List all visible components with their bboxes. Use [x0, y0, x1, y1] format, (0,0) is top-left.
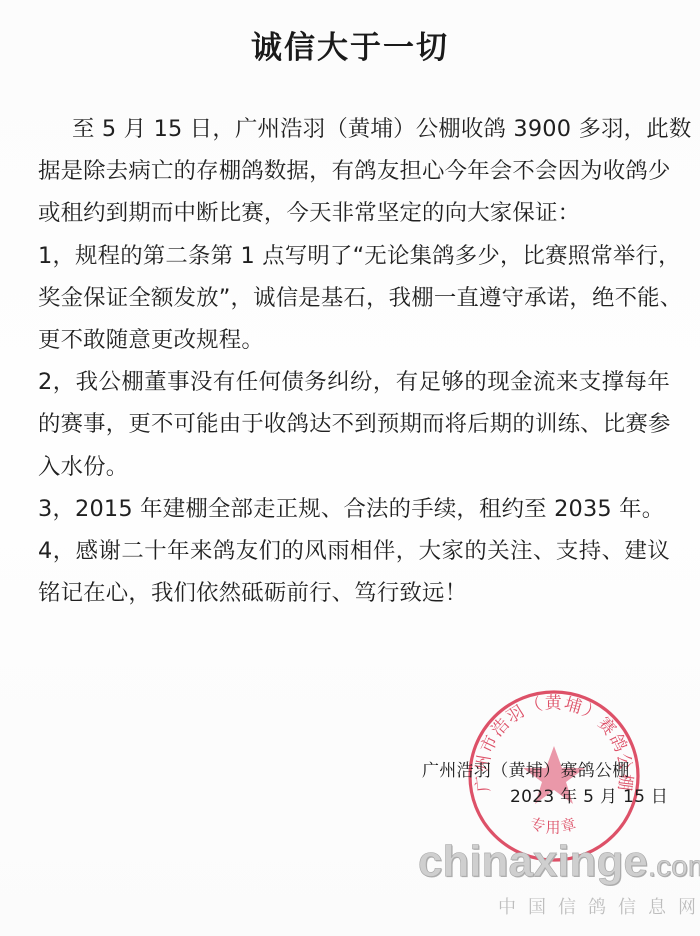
watermark-english-main: chinaxinge [418, 837, 648, 886]
paragraph-point-4-line: 铭记在心，我们依然砥砺前行、笃行致远！ [38, 572, 670, 614]
paragraph-intro-line: 至 5 月 15 日，广州浩羽（黄埔）公棚收鸽 3900 多羽，此数 [38, 108, 670, 150]
paragraph-intro-line: 据是除去病亡的存棚鸽数据，有鸽友担心今年会不会因为收鸽少 [38, 150, 670, 192]
paragraph-point-1-line: 1，规程的第二条第 1 点写明了“无论集鸽多少，比赛照常举行， [38, 235, 670, 277]
site-watermark: chinaxinge.com 中国信鸽信息网 [418, 838, 698, 919]
paragraph-point-2-line: 的赛事，更不可能由于收鸽达不到预期而将后期的训练、比赛参 [38, 403, 670, 445]
paragraph-point-2-line: 2，我公棚董事没有任何债务纠纷，有足够的现金流来支撑每年 [38, 361, 670, 403]
signature-block: 广州浩羽（黄埔）赛鸽公棚 2023 年 5 月 15 日 [422, 758, 652, 810]
watermark-chinese: 中国信鸽信息网 [418, 897, 698, 919]
paragraph-point-4-line: 4，感谢二十年来鸽友们的风雨相伴，大家的关注、支持、建议 [38, 530, 670, 572]
paragraph-point-3-line: 3，2015 年建棚全部走正规、合法的手续，租约至 2035 年。 [38, 488, 670, 530]
paragraph-point-1-line: 奖金保证全额发放”，诚信是基石，我棚一直遵守承诺，绝不能、 [38, 277, 670, 319]
document-title: 诚信大于一切 [0, 22, 700, 67]
document-page: 诚信大于一切 至 5 月 15 日，广州浩羽（黄埔）公棚收鸽 3900 多羽，此… [0, 0, 700, 936]
svg-text:专用章: 专用章 [528, 814, 580, 836]
signature-organization: 广州浩羽（黄埔）赛鸽公棚 [422, 758, 652, 784]
watermark-english-suffix: .com [648, 850, 700, 883]
paragraph-point-1-line: 更不敢随意更改规程。 [38, 319, 670, 361]
paragraph-point-2-line: 入水份。 [38, 446, 670, 488]
signature-date: 2023 年 5 月 15 日 [422, 784, 652, 810]
document-body: 至 5 月 15 日，广州浩羽（黄埔）公棚收鸽 3900 多羽，此数 据是除去病… [38, 108, 670, 614]
seal-bottom-text: 专用章 [528, 814, 580, 836]
paragraph-intro-line: 或租约到期而中断比赛，今天非常坚定的向大家保证： [38, 192, 670, 234]
watermark-english: chinaxinge.com [418, 838, 698, 891]
